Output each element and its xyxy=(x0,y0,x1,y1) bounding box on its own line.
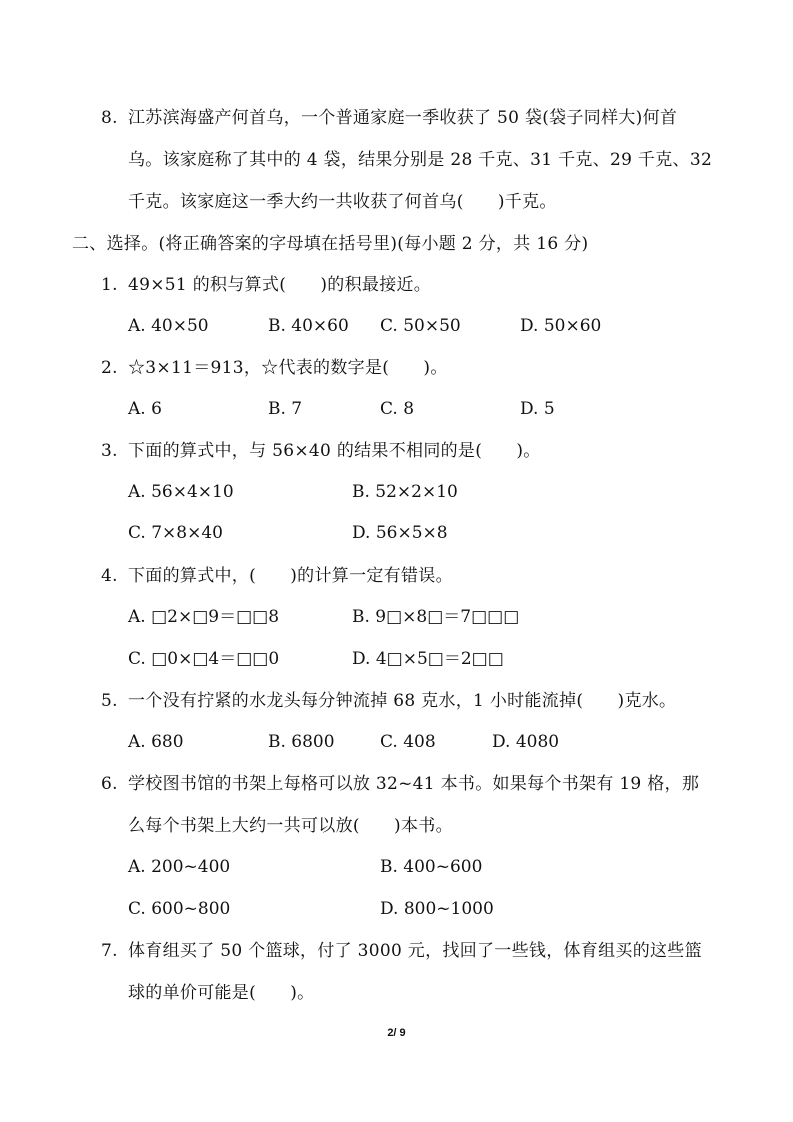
question-number: 6. xyxy=(101,773,118,795)
question-text-line: 学校图书馆的书架上每格可以放 32~41 本书。如果每个书架有 19 格，那 xyxy=(128,773,699,795)
section-heading: 二、选择。(将正确答案的字母填在括号里)(每小题 2 分，共 16 分) xyxy=(72,233,588,255)
question-text-line: 体育组买了 50 个篮球，付了 3000 元，找回了一些钱，体育组买的这些篮 xyxy=(128,940,702,962)
question-number: 8. xyxy=(101,107,118,129)
option-a: A. □2×□9＝□□8 xyxy=(128,606,279,628)
option-c: C. 8 xyxy=(380,398,414,420)
question-text-line: 49×51 的积与算式( )的积最接近。 xyxy=(128,274,431,296)
question-text-line: 球的单价可能是( )。 xyxy=(128,982,315,1004)
option-a: A. 56×4×10 xyxy=(128,481,234,503)
option-a: A. 6 xyxy=(128,398,162,420)
option-b: B. 400~600 xyxy=(380,856,482,878)
option-c: C. 50×50 xyxy=(380,315,461,337)
option-c: C. 7×8×40 xyxy=(128,522,223,544)
question-number: 4. xyxy=(101,565,118,587)
option-b: B. 7 xyxy=(268,398,302,420)
option-d: D. 50×60 xyxy=(520,315,601,337)
option-c: C. 600~800 xyxy=(128,898,230,920)
option-d: D. 4080 xyxy=(492,731,559,753)
option-a: A. 200~400 xyxy=(128,856,230,878)
question-text-line: 江苏滨海盛产何首乌，一个普通家庭一季收获了 50 袋(袋子同样大)何首 xyxy=(128,107,677,129)
question-number: 3. xyxy=(101,440,118,462)
page-indicator: 2/ 9 xyxy=(0,1027,793,1039)
option-c: C. 408 xyxy=(380,731,436,753)
option-b: B. 6800 xyxy=(268,731,335,753)
question-number: 2. xyxy=(101,357,118,379)
question-text-line: 下面的算式中，( )的计算一定有错误。 xyxy=(128,565,453,587)
option-b: B. 52×2×10 xyxy=(352,481,458,503)
option-d: D. 800~1000 xyxy=(380,898,494,920)
option-c: C. □0×□4＝□□0 xyxy=(128,648,279,670)
question-number: 5. xyxy=(101,690,118,712)
option-b: B. 40×60 xyxy=(268,315,349,337)
option-a: A. 40×50 xyxy=(128,315,209,337)
question-text-line: 么每个书架上大约一共可以放( )本书。 xyxy=(128,815,453,837)
question-text-line: 乌。该家庭称了其中的 4 袋，结果分别是 28 千克、31 千克、29 千克、3… xyxy=(128,149,712,171)
question-text-line: 下面的算式中，与 56×40 的结果不相同的是( )。 xyxy=(128,440,541,462)
question-number: 1. xyxy=(101,274,118,296)
question-number: 7. xyxy=(101,940,118,962)
option-a: A. 680 xyxy=(128,731,184,753)
option-d: D. 4□×5□＝2□□ xyxy=(352,648,504,670)
option-d: D. 5 xyxy=(520,398,555,420)
question-text-line: 一个没有拧紧的水龙头每分钟流掉 68 克水，1 小时能流掉( )克水。 xyxy=(128,690,676,712)
option-d: D. 56×5×8 xyxy=(352,522,448,544)
question-text-line: ☆3×11＝913，☆代表的数字是( )。 xyxy=(128,357,448,379)
question-text-line: 千克。该家庭这一季大约一共收获了何首乌( )千克。 xyxy=(128,191,557,213)
option-b: B. 9□×8□＝7□□□ xyxy=(352,606,519,628)
